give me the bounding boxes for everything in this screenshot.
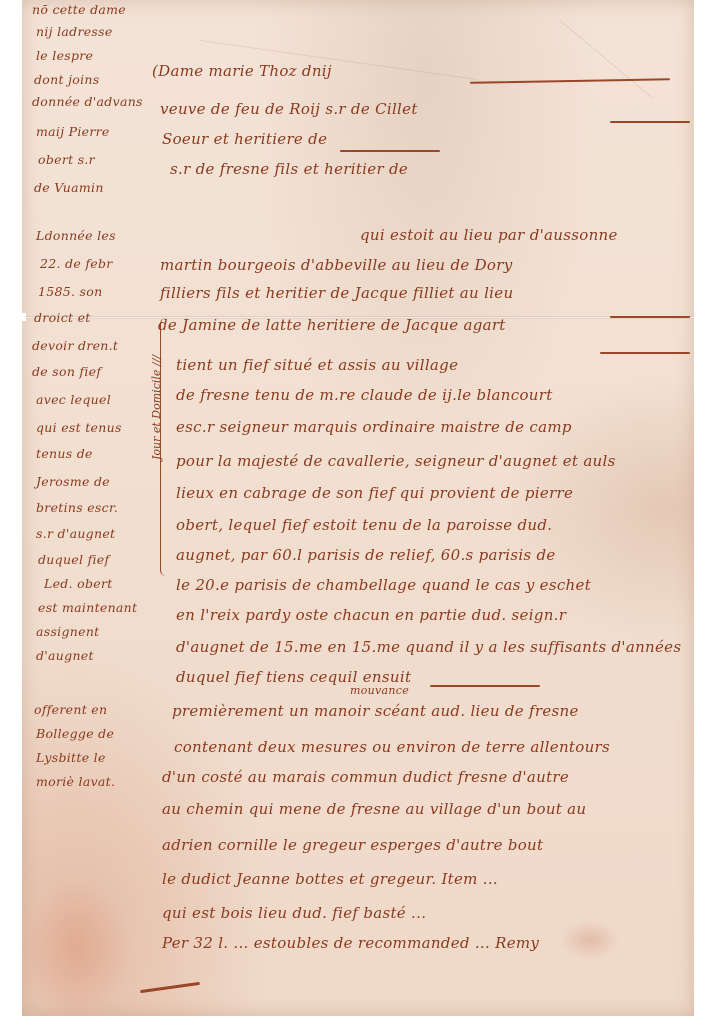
text-line: s.r de fresne fils et heritier de <box>170 160 408 178</box>
margin-note: devoir dren.t <box>32 338 118 353</box>
margin-note: tenus de <box>36 446 93 461</box>
margin-note: maij Pierre <box>36 124 110 139</box>
ink-rule <box>600 352 690 354</box>
text-line: obert, lequel fief estoit tenu de la par… <box>176 516 552 534</box>
paper-tear <box>16 313 26 321</box>
margin-note: donnée d'advans <box>32 94 143 109</box>
paper-stain <box>22 880 132 1020</box>
text-line: pour la majesté de cavallerie, seigneur … <box>176 452 616 470</box>
margin-note: 22. de febr <box>40 256 113 271</box>
text-line: en l'reix pardy oste chacun en partie du… <box>176 606 566 624</box>
text-line: d'un costé au marais commun dudict fresn… <box>162 768 569 786</box>
margin-note: nij ladresse <box>36 24 113 39</box>
margin-note: droict et <box>34 310 91 325</box>
text-line: qui estoit au lieu par d'aussonne <box>360 226 618 244</box>
text-line: martin bourgeois d'abbeville au lieu de … <box>160 256 513 274</box>
text-line: Per 32 l. ... estoubles de recommanded .… <box>162 934 539 952</box>
text-line: esc.r seigneur marquis ordinaire maistre… <box>176 418 572 436</box>
margin-note: de Vuamin <box>34 180 104 195</box>
margin-note: duquel fief <box>38 552 109 567</box>
text-line: augnet, par 60.l parisis de relief, 60.s… <box>176 546 556 564</box>
ink-rule <box>340 150 440 152</box>
text-line: lieux en cabrage de son fief qui provien… <box>176 484 573 502</box>
margin-note: bretins escr. <box>36 500 118 515</box>
margin-note: s.r d'augnet <box>36 526 115 541</box>
text-line: d'augnet de 15.me en 15.me quand il y a … <box>176 638 681 656</box>
manuscript-page <box>22 0 694 1016</box>
margin-note: nō cette dame <box>32 2 126 17</box>
margin-note: Ldonnée les <box>36 228 116 243</box>
margin-note: le lespre <box>36 48 93 63</box>
text-line: veuve de feu de Roij s.r de Cillet <box>160 100 418 118</box>
text-line: premièrement un manoir scéant aud. lieu … <box>172 702 579 720</box>
text-line: adrien cornille le gregeur esperges d'au… <box>162 836 543 854</box>
text-line: le 20.e parisis de chambellage quand le … <box>176 576 591 594</box>
margin-note: Bollegge de <box>36 726 114 741</box>
text-line: (Dame marie Thoz dnij <box>152 62 332 80</box>
text-line: filliers fils et heritier de Jacque fill… <box>160 284 513 302</box>
ink-stain <box>560 920 620 960</box>
margin-note: Jerosme de <box>36 474 110 489</box>
text-line: Soeur et heritiere de <box>162 130 327 148</box>
text-line: au chemin qui mene de fresne au village … <box>162 800 586 818</box>
vertical-margin-note: Jour et Domicile /// <box>150 355 163 460</box>
text-line: qui est bois lieu dud. fief basté ... <box>162 904 426 922</box>
margin-note: dont joins <box>34 72 99 87</box>
margin-note: moriè lavat. <box>36 774 115 789</box>
margin-note: assignent <box>36 624 100 639</box>
text-line: tient un fief situé et assis au village <box>176 356 458 374</box>
margin-note: Led. obert <box>44 576 113 591</box>
ink-rule <box>610 121 690 123</box>
text-line: de fresne tenu de m.re claude de ij.le b… <box>176 386 553 404</box>
interlinear-note: mouvance <box>350 684 409 697</box>
margin-note: offerent en <box>34 702 107 717</box>
margin-note: Lysbitte le <box>36 750 106 765</box>
margin-note: de son fief <box>32 364 101 379</box>
ink-rule <box>430 685 540 687</box>
margin-note: qui est tenus <box>36 420 122 435</box>
margin-note: 1585. son <box>38 284 102 299</box>
text-line: de Jamine de latte heritiere de Jacque a… <box>158 316 506 334</box>
margin-note: obert s.r <box>38 152 95 167</box>
ink-rule <box>610 316 690 318</box>
text-line: le dudict Jeanne bottes et gregeur. Item… <box>162 870 498 888</box>
margin-note: est maintenant <box>38 600 137 615</box>
margin-note: avec lequel <box>36 392 111 407</box>
text-line: contenant deux mesures ou environ de ter… <box>174 738 610 756</box>
margin-note: d'augnet <box>36 648 94 663</box>
